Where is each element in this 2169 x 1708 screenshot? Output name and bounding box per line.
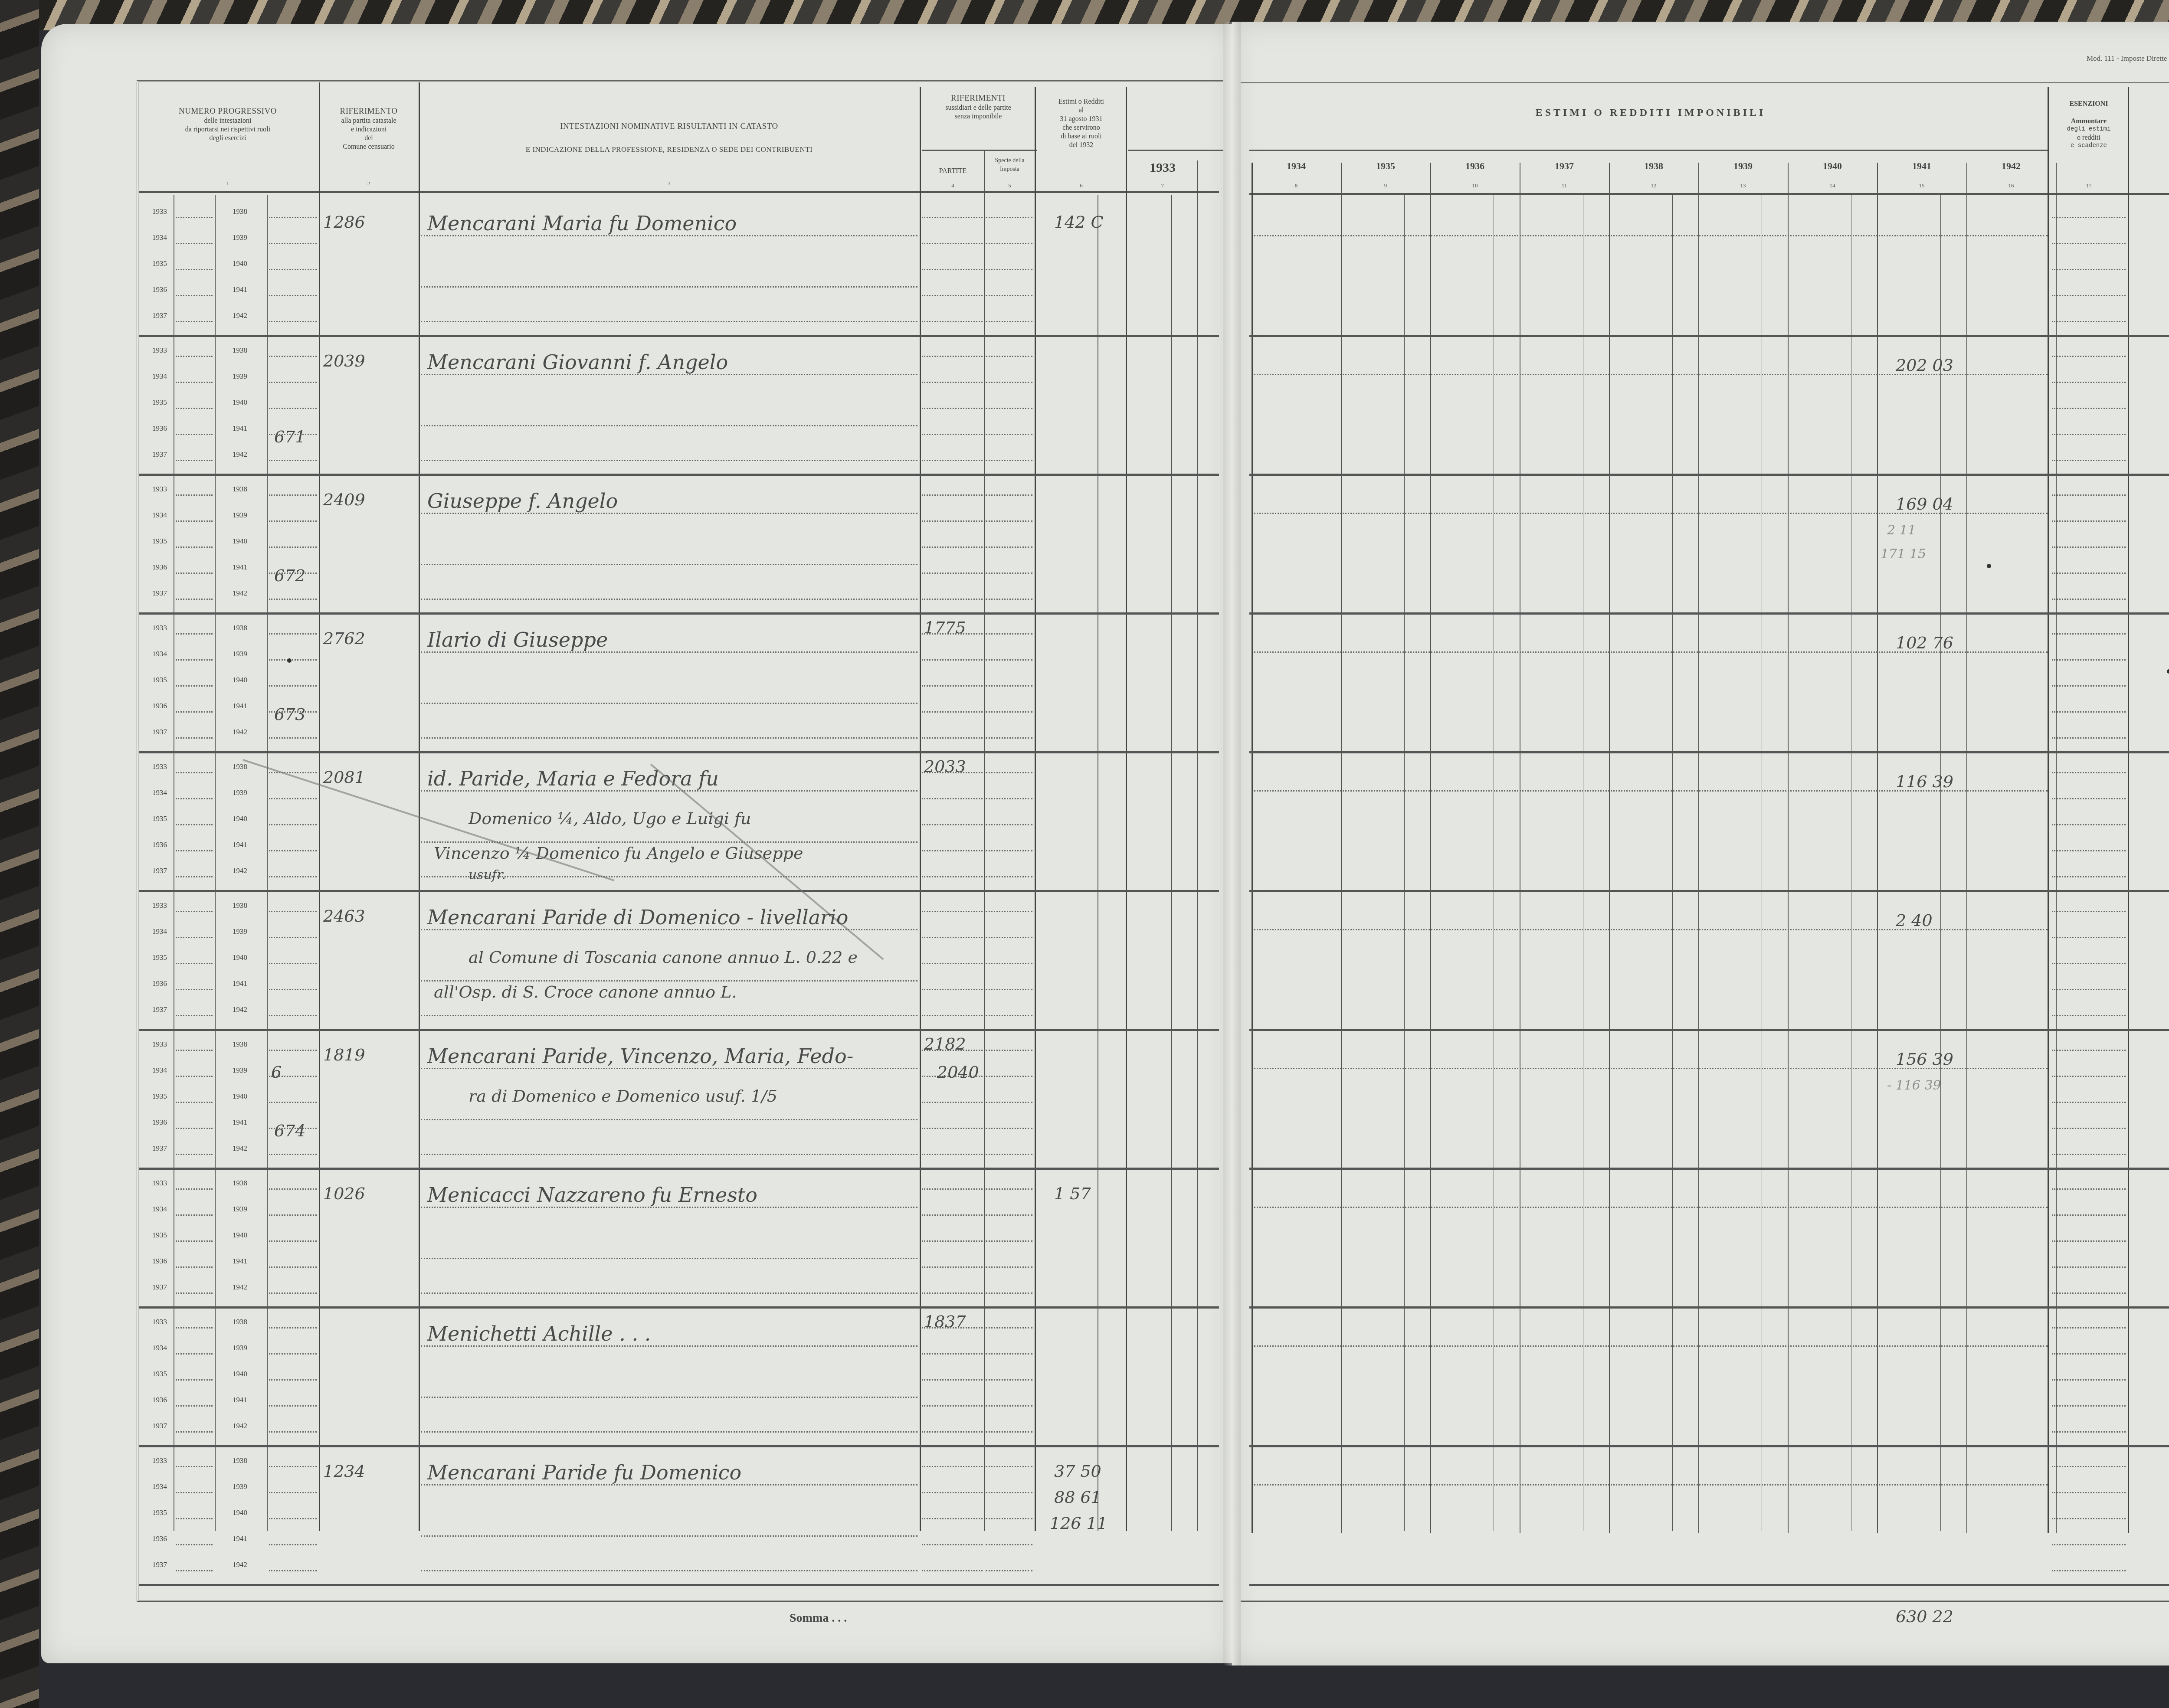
dotted-rule bbox=[2052, 573, 2126, 574]
value-1941: 2 40 bbox=[1896, 911, 1933, 930]
catasto-reference: 673 bbox=[274, 705, 306, 724]
year-label-start: 1934 bbox=[147, 1482, 172, 1491]
header-sub: e indicazioni bbox=[321, 125, 416, 134]
estimo-1931-value: 37 50 bbox=[1054, 1462, 1101, 1481]
catasto-reference: 671 bbox=[274, 427, 306, 446]
dotted-rule bbox=[176, 494, 213, 496]
dotted-rule bbox=[176, 1015, 213, 1016]
cents-divider bbox=[1672, 195, 1673, 1531]
dotted-rule bbox=[176, 1076, 213, 1077]
col-1-sub-c bbox=[267, 195, 268, 1531]
dotted-rule bbox=[2052, 1154, 2126, 1155]
year-label-end: 1942 bbox=[228, 1005, 252, 1014]
year-1933-rule bbox=[1128, 150, 1223, 151]
dotted-rule bbox=[922, 1466, 983, 1467]
dotted-rule bbox=[269, 989, 317, 990]
dotted-rule bbox=[421, 513, 917, 514]
taxpayer-name-line3: all'Osp. di S. Croce canone annuo L. bbox=[434, 982, 737, 1001]
year-label-start: 1933 bbox=[147, 1040, 172, 1049]
dotted-rule bbox=[2052, 937, 2126, 938]
dotted-rule bbox=[2052, 460, 2126, 461]
dotted-rule bbox=[269, 876, 317, 877]
estimo-1931-total: 126 11 bbox=[1050, 1514, 1107, 1533]
header-sub: o redditi bbox=[2050, 134, 2128, 142]
col-divider-16-17 bbox=[2048, 87, 2049, 1533]
value-1941: 102 76 bbox=[1896, 633, 1953, 652]
dotted-rule bbox=[176, 1050, 213, 1051]
year-label-start: 1937 bbox=[147, 1283, 172, 1292]
taxpayer-name: Mencarani Paride, Vincenzo, Maria, Fedo- bbox=[427, 1044, 853, 1068]
row-separator bbox=[139, 751, 1219, 753]
row-separator bbox=[139, 474, 1219, 476]
taxpayer-name: Giuseppe f. Angelo bbox=[427, 489, 618, 513]
column-number: 2 bbox=[321, 180, 416, 187]
dotted-rule bbox=[421, 321, 917, 322]
year-label-end: 1942 bbox=[228, 311, 252, 320]
dotted-rule bbox=[986, 1492, 1032, 1493]
cents-divider bbox=[1404, 195, 1405, 1531]
header-title: RIFERIMENTO bbox=[321, 106, 416, 117]
dotted-rule bbox=[2052, 876, 2126, 877]
dotted-rule bbox=[176, 1154, 213, 1155]
dotted-rule bbox=[176, 772, 213, 773]
header-title: ESENZIONI bbox=[2050, 100, 2128, 108]
year-label-start: 1933 bbox=[147, 346, 172, 355]
dotted-rule bbox=[269, 1466, 317, 1467]
col-6-cents-divider bbox=[1098, 195, 1098, 1531]
dotted-rule bbox=[1254, 235, 2048, 236]
year-label-end: 1939 bbox=[228, 1344, 252, 1352]
dotted-rule bbox=[986, 1405, 1032, 1407]
dotted-rule bbox=[2052, 321, 2126, 322]
dotted-rule bbox=[2052, 1102, 2126, 1103]
year-label-end: 1941 bbox=[228, 841, 252, 849]
dotted-rule bbox=[269, 1379, 317, 1381]
dotted-rule bbox=[2052, 963, 2126, 964]
year-label-start: 1935 bbox=[147, 1370, 172, 1378]
dotted-rule bbox=[922, 599, 983, 600]
header-estimi-group: ESTIMI O REDDITI IMPONIBILI bbox=[1258, 106, 2043, 119]
dotted-rule bbox=[986, 1214, 1032, 1216]
dotted-rule bbox=[922, 1405, 983, 1407]
dotted-rule bbox=[922, 1431, 983, 1433]
dotted-rule bbox=[2052, 824, 2126, 825]
dotted-rule bbox=[986, 963, 1032, 964]
dotted-rule bbox=[986, 1102, 1032, 1103]
dotted-rule bbox=[986, 1292, 1032, 1294]
dotted-rule bbox=[269, 963, 317, 964]
dotted-rule bbox=[922, 382, 983, 383]
year-label-start: 1935 bbox=[147, 815, 172, 823]
year-label-start: 1934 bbox=[147, 1205, 172, 1214]
dotted-rule bbox=[421, 1068, 917, 1069]
dotted-rule bbox=[922, 1266, 983, 1268]
dotted-rule bbox=[176, 269, 213, 270]
year-label-start: 1937 bbox=[147, 1144, 172, 1153]
year-label-start: 1933 bbox=[147, 762, 172, 771]
dotted-rule bbox=[922, 1544, 983, 1545]
dotted-rule bbox=[269, 737, 317, 739]
dotted-rule bbox=[421, 599, 917, 600]
dotted-rule bbox=[269, 321, 317, 322]
dotted-rule bbox=[2052, 798, 2126, 799]
dotted-rule bbox=[269, 1154, 317, 1155]
dotted-rule bbox=[176, 824, 213, 825]
dotted-rule bbox=[421, 703, 917, 704]
row-separator bbox=[1249, 1445, 2169, 1447]
dotted-rule bbox=[922, 1292, 983, 1294]
dotted-rule bbox=[2052, 382, 2126, 383]
value-1941-adjustment: - 116 39 bbox=[1887, 1078, 1941, 1093]
dotted-rule bbox=[986, 1015, 1032, 1016]
dotted-rule bbox=[922, 937, 983, 938]
year-label-start: 1933 bbox=[147, 1456, 172, 1465]
year-label-start: 1935 bbox=[147, 1508, 172, 1517]
dotted-rule bbox=[2052, 1570, 2126, 1571]
header-riferimenti-sussidiari: RIFERIMENTI sussidiari e delle partite s… bbox=[922, 93, 1035, 121]
dotted-rule bbox=[922, 1492, 983, 1493]
header-title: INTESTAZIONI NOMINATIVE RISULTANTI IN CA… bbox=[421, 121, 917, 132]
col-divider-3-4 bbox=[920, 87, 921, 1531]
column-number: 11 bbox=[1520, 182, 1609, 189]
year-label-start: 1933 bbox=[147, 624, 172, 632]
dotted-rule bbox=[986, 989, 1032, 990]
dotted-rule bbox=[269, 1492, 317, 1493]
dotted-rule bbox=[922, 876, 983, 877]
dotted-rule bbox=[421, 980, 917, 982]
dotted-rule bbox=[986, 460, 1032, 461]
dotted-rule bbox=[922, 989, 983, 990]
year-label-start: 1937 bbox=[147, 311, 172, 320]
dotted-rule bbox=[176, 1266, 213, 1268]
dotted-rule bbox=[269, 633, 317, 635]
partite-value: 2182 bbox=[924, 1034, 966, 1054]
dotted-rule bbox=[922, 269, 983, 270]
taxpayer-name: Mencarani Maria fu Domenico bbox=[427, 212, 737, 235]
col-divider-year bbox=[1520, 163, 1520, 1533]
row-separator bbox=[1249, 751, 2169, 753]
dotted-rule bbox=[176, 408, 213, 409]
dotted-rule bbox=[421, 1484, 917, 1486]
dotted-rule bbox=[176, 1466, 213, 1467]
dotted-rule bbox=[421, 235, 917, 236]
year-label-start: 1933 bbox=[147, 207, 172, 216]
year-label-end: 1942 bbox=[228, 1561, 252, 1569]
year-label-end: 1941 bbox=[228, 702, 252, 710]
row-separator bbox=[1249, 1029, 2169, 1031]
year-label-start: 1936 bbox=[147, 1535, 172, 1543]
year-header-1937: 1937 bbox=[1520, 160, 1609, 172]
year-label-end: 1939 bbox=[228, 372, 252, 381]
dotted-rule bbox=[176, 1544, 213, 1545]
dotted-rule bbox=[176, 1570, 213, 1571]
year-label-end: 1941 bbox=[228, 1396, 252, 1404]
year-label-start: 1936 bbox=[147, 841, 172, 849]
header-title: RIFERIMENTI bbox=[922, 93, 1035, 104]
book-gutter bbox=[1223, 22, 1241, 1665]
year-label-end: 1941 bbox=[228, 285, 252, 294]
dotted-rule bbox=[2052, 520, 2126, 522]
col-divider-year bbox=[1698, 163, 1699, 1533]
header-title: Estimi o Redditi bbox=[1037, 98, 1126, 106]
dotted-rule bbox=[922, 1379, 983, 1381]
year-label-end: 1940 bbox=[228, 1370, 252, 1378]
row-separator bbox=[1249, 1306, 2169, 1309]
ink-dot bbox=[1987, 564, 1991, 568]
dotted-rule bbox=[986, 1128, 1032, 1129]
row-separator bbox=[1249, 612, 2169, 615]
header-partite: PARTITE bbox=[922, 167, 984, 176]
partite-value-2: 2040 bbox=[937, 1063, 979, 1082]
dotted-rule bbox=[986, 217, 1032, 218]
taxpayer-name: id. Paride, Maria e Fedora fu bbox=[427, 767, 719, 790]
year-label-start: 1933 bbox=[147, 901, 172, 910]
year-label-start: 1937 bbox=[147, 1561, 172, 1569]
dotted-rule bbox=[421, 737, 917, 739]
col-divider-6-7 bbox=[1126, 87, 1127, 1531]
column-number: 15 bbox=[1877, 182, 1966, 189]
riferimenti-sub-rule bbox=[922, 150, 1037, 151]
dotted-rule bbox=[269, 494, 317, 496]
dotted-rule bbox=[986, 1050, 1032, 1051]
dotted-rule bbox=[2052, 1188, 2126, 1190]
year-label-end: 1938 bbox=[228, 624, 252, 632]
column-number: 8 bbox=[1252, 182, 1341, 189]
year-label-start: 1935 bbox=[147, 259, 172, 268]
ink-dot bbox=[2167, 669, 2169, 674]
dotted-rule bbox=[421, 929, 917, 930]
dotted-rule bbox=[2052, 1518, 2126, 1519]
dotted-rule bbox=[176, 546, 213, 548]
taxpayer-name: Mencarani Giovanni f. Angelo bbox=[427, 350, 728, 374]
year-label-start: 1934 bbox=[147, 789, 172, 797]
header-sub: sussidiari e delle partite bbox=[922, 104, 1035, 112]
dotted-rule bbox=[2052, 659, 2126, 661]
dotted-rule bbox=[269, 1266, 317, 1268]
year-label-end: 1938 bbox=[228, 1456, 252, 1465]
taxpayer-name: Menichetti Achille . . . bbox=[427, 1322, 651, 1345]
taxpayer-name: Mencarani Paride di Domenico - livellari… bbox=[427, 906, 848, 929]
header-bottom-rule-left bbox=[139, 191, 1219, 193]
dotted-rule bbox=[269, 408, 317, 409]
col-1-sub-a bbox=[174, 195, 174, 1531]
col-divider-17-18 bbox=[2128, 87, 2129, 1533]
dotted-rule bbox=[922, 520, 983, 522]
estimo-1931-value-2: 88 61 bbox=[1054, 1488, 1101, 1507]
year-header-1934: 1934 bbox=[1252, 160, 1341, 172]
dotted-rule bbox=[176, 1492, 213, 1493]
dotted-rule bbox=[2052, 434, 2126, 435]
header-title: ESTIMI O REDDITI IMPONIBILI bbox=[1536, 107, 1766, 118]
cents-divider bbox=[1762, 195, 1762, 1531]
dotted-rule bbox=[176, 685, 213, 687]
cents-divider bbox=[1583, 195, 1583, 1531]
dotted-rule bbox=[176, 937, 213, 938]
dotted-rule bbox=[2052, 1292, 2126, 1294]
year-label-end: 1940 bbox=[228, 953, 252, 962]
column-number: 17 bbox=[2050, 182, 2128, 189]
dotted-rule bbox=[986, 321, 1032, 322]
dotted-rule bbox=[176, 321, 213, 322]
dotted-rule bbox=[2052, 737, 2126, 739]
dotted-rule bbox=[421, 1015, 917, 1016]
taxpayer-name: Mencarani Paride fu Domenico bbox=[427, 1461, 741, 1484]
dotted-rule bbox=[922, 1240, 983, 1242]
dotted-rule bbox=[269, 1050, 317, 1051]
catasto-reference: 672 bbox=[274, 566, 306, 585]
year-label-end: 1940 bbox=[228, 1508, 252, 1517]
header-sub: delle intestazioni bbox=[139, 117, 317, 125]
dotted-rule bbox=[986, 573, 1032, 574]
year-label-end: 1941 bbox=[228, 563, 252, 572]
dotted-rule bbox=[922, 295, 983, 296]
header-sub: degli esercizi bbox=[139, 134, 317, 143]
cents-divider bbox=[1851, 195, 1851, 1531]
dotted-rule bbox=[421, 1258, 917, 1259]
dotted-rule bbox=[922, 573, 983, 574]
year-label-start: 1934 bbox=[147, 1344, 172, 1352]
dotted-rule bbox=[2052, 1128, 2126, 1129]
col-divider-year bbox=[1966, 163, 1967, 1533]
year-label-start: 1936 bbox=[147, 563, 172, 572]
dotted-rule bbox=[986, 911, 1032, 912]
col-divider-year bbox=[1430, 163, 1431, 1533]
somma-label: Somma . . . bbox=[790, 1611, 847, 1625]
dotted-rule bbox=[269, 772, 317, 773]
header-sub: e scadenze bbox=[2050, 142, 2128, 150]
dotted-rule bbox=[269, 911, 317, 912]
dotted-rule bbox=[2052, 243, 2126, 244]
year-label-start: 1936 bbox=[147, 424, 172, 433]
dotted-rule bbox=[421, 286, 917, 288]
dotted-rule bbox=[986, 382, 1032, 383]
dotted-rule bbox=[986, 798, 1032, 799]
year-label-end: 1940 bbox=[228, 815, 252, 823]
col-7-cents-divider bbox=[1171, 195, 1172, 1531]
dotted-rule bbox=[922, 1128, 983, 1129]
dotted-rule bbox=[922, 460, 983, 461]
row-separator bbox=[1249, 890, 2169, 892]
col-divider-4-5 bbox=[984, 150, 985, 1531]
year-label-end: 1942 bbox=[228, 1283, 252, 1292]
column-number: 10 bbox=[1430, 182, 1520, 189]
dotted-rule bbox=[986, 546, 1032, 548]
dotted-rule bbox=[421, 1292, 917, 1294]
dotted-rule bbox=[986, 1076, 1032, 1077]
col-divider-year bbox=[1341, 163, 1342, 1533]
dotted-rule bbox=[421, 374, 917, 375]
dotted-rule bbox=[269, 1188, 317, 1190]
cents-divider bbox=[1940, 195, 1941, 1531]
dotted-rule bbox=[922, 243, 983, 244]
year-label-start: 1935 bbox=[147, 953, 172, 962]
year-label-start: 1934 bbox=[147, 511, 172, 520]
column-number: 18 bbox=[2130, 182, 2169, 189]
dotted-rule bbox=[269, 269, 317, 270]
column-number: 7 bbox=[1128, 182, 1197, 189]
dotted-rule bbox=[176, 217, 213, 218]
column-number: 14 bbox=[1788, 182, 1877, 189]
dotted-rule bbox=[176, 243, 213, 244]
dotted-rule bbox=[986, 599, 1032, 600]
dotted-rule bbox=[2052, 356, 2126, 357]
row-separator bbox=[139, 1168, 1219, 1170]
year-label-end: 1940 bbox=[228, 1092, 252, 1101]
dotted-rule bbox=[269, 937, 317, 938]
header-sub: 31 agosto 1931 bbox=[1037, 115, 1126, 124]
year-label-end: 1940 bbox=[228, 537, 252, 546]
dotted-rule bbox=[986, 876, 1032, 877]
dotted-rule bbox=[269, 850, 317, 851]
catasto-reference-top: 6 bbox=[271, 1063, 282, 1082]
year-label-start: 1936 bbox=[147, 979, 172, 988]
dotted-rule bbox=[922, 1188, 983, 1190]
dotted-rule bbox=[2052, 911, 2126, 912]
dotted-rule bbox=[2052, 1379, 2126, 1381]
dotted-rule bbox=[1254, 1345, 2048, 1347]
value-1941-adjustment: 2 11 bbox=[1887, 523, 1916, 538]
cents-divider bbox=[1494, 195, 1494, 1531]
dotted-rule bbox=[986, 1154, 1032, 1155]
dotted-rule bbox=[986, 711, 1032, 713]
year-label-end: 1940 bbox=[228, 676, 252, 684]
dotted-rule bbox=[986, 1327, 1032, 1328]
year-label-end: 1938 bbox=[228, 346, 252, 355]
dotted-rule bbox=[176, 798, 213, 799]
year-label-end: 1940 bbox=[228, 259, 252, 268]
header-sub: del bbox=[321, 134, 416, 143]
col-divider-2-3 bbox=[419, 82, 420, 1531]
book-cover-left bbox=[0, 0, 39, 1708]
year-header-1936: 1936 bbox=[1430, 160, 1520, 172]
header-sub: Ammontare bbox=[2050, 117, 2128, 126]
row-separator bbox=[1249, 1584, 2169, 1586]
year-label-end: 1939 bbox=[228, 511, 252, 520]
year-label-start: 1933 bbox=[147, 1318, 172, 1326]
row-separator bbox=[139, 1445, 1219, 1447]
dotted-rule bbox=[176, 1353, 213, 1355]
row-separator bbox=[1249, 1168, 2169, 1170]
header-title: Specie della Imposta bbox=[995, 157, 1024, 173]
partite-value: 1775 bbox=[924, 618, 966, 637]
dotted-rule bbox=[986, 408, 1032, 409]
dotted-rule bbox=[2052, 1405, 2126, 1407]
dotted-rule bbox=[421, 1119, 917, 1120]
column-number: 4 bbox=[922, 182, 984, 189]
value-1941: 156 39 bbox=[1896, 1050, 1953, 1069]
row-separator bbox=[1249, 474, 2169, 476]
year-label-start: 1937 bbox=[147, 1422, 172, 1430]
column-number: 9 bbox=[1341, 182, 1430, 189]
row-separator bbox=[139, 1029, 1219, 1031]
dotted-rule bbox=[986, 520, 1032, 522]
dotted-rule bbox=[421, 460, 917, 461]
year-label-end: 1938 bbox=[228, 207, 252, 216]
year-label-end: 1939 bbox=[228, 1066, 252, 1075]
dotted-rule bbox=[421, 564, 917, 565]
header-estimi-1931: Estimi o Redditi al 31 agosto 1931 che s… bbox=[1037, 98, 1126, 150]
dotted-rule bbox=[986, 295, 1032, 296]
dotted-rule bbox=[986, 1188, 1032, 1190]
year-label-start: 1936 bbox=[147, 1118, 172, 1127]
year-label-start: 1933 bbox=[147, 1179, 172, 1188]
dotted-rule bbox=[922, 546, 983, 548]
dotted-rule bbox=[922, 434, 983, 435]
year-label-end: 1940 bbox=[228, 1231, 252, 1240]
dotted-rule bbox=[922, 824, 983, 825]
somma-1941-value: 630 22 bbox=[1896, 1607, 1953, 1626]
dotted-rule bbox=[986, 1379, 1032, 1381]
